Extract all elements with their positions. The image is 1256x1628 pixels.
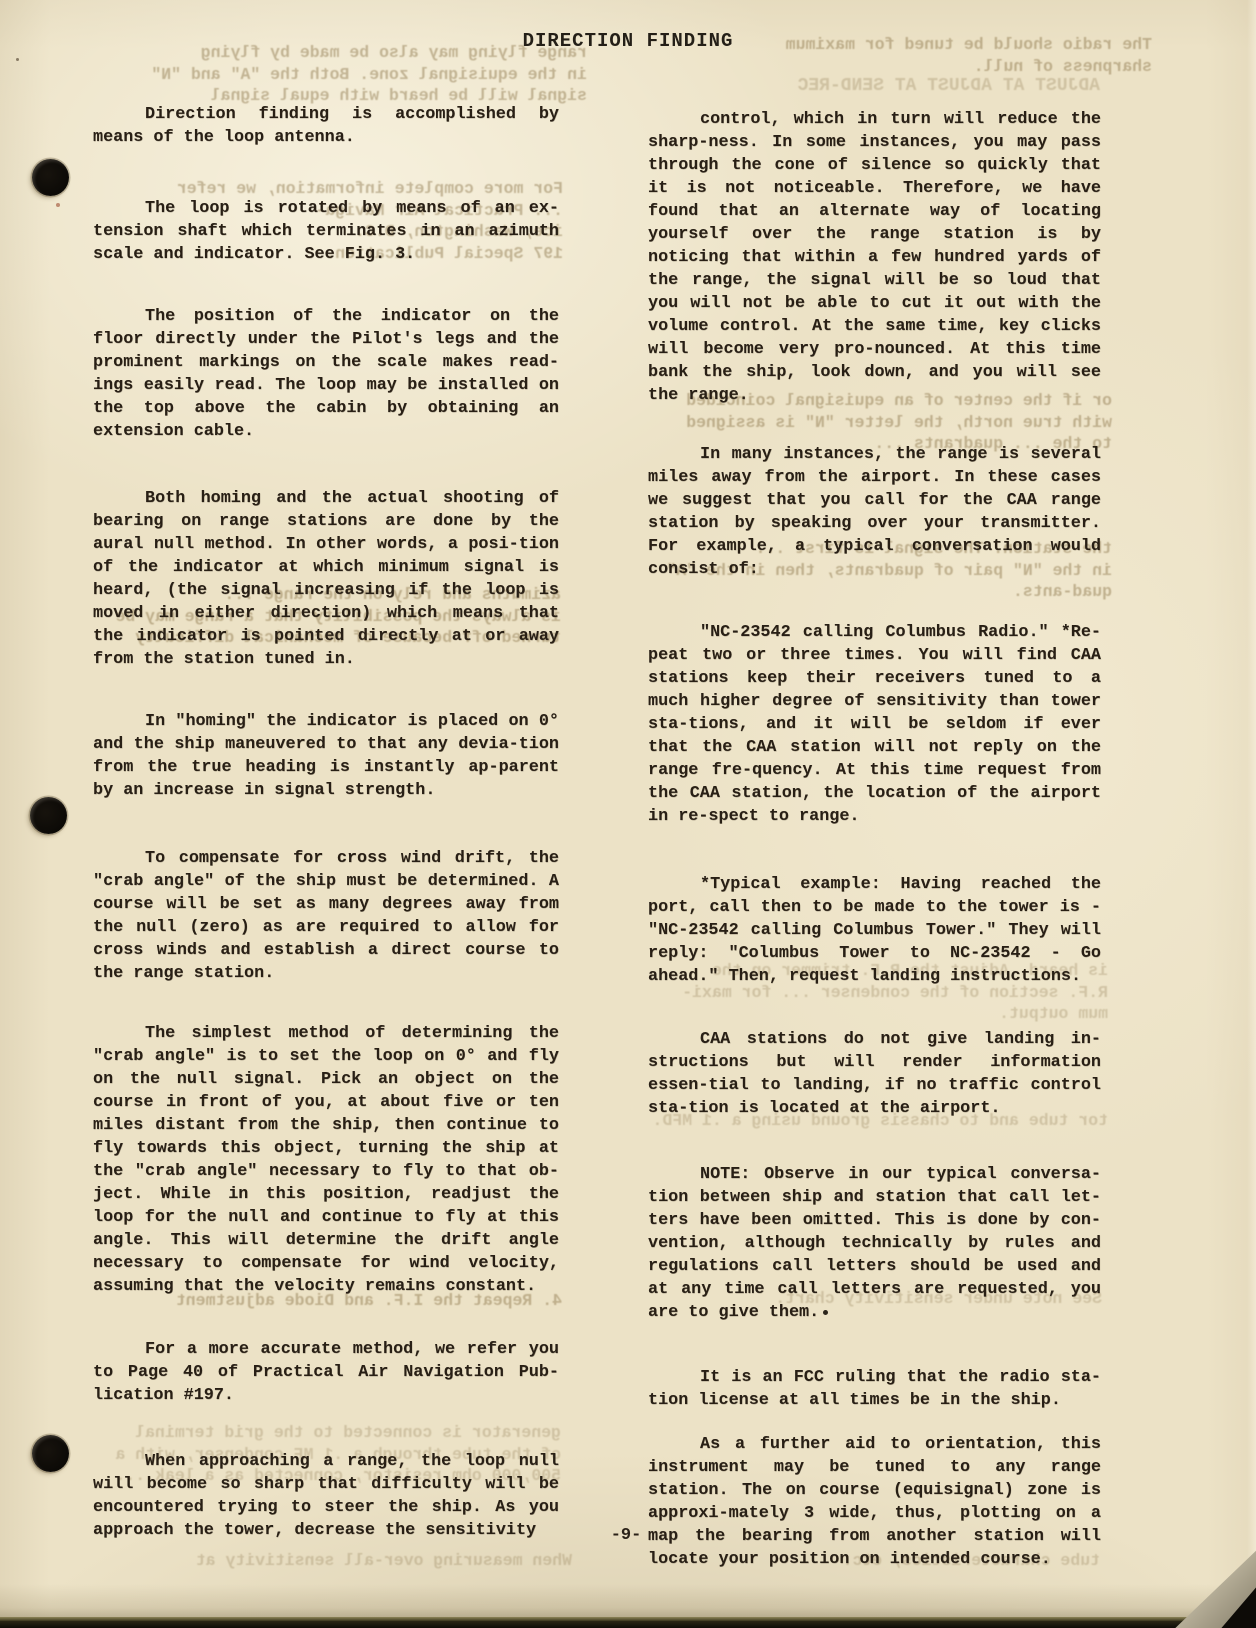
paragraph: In many instances, the range is several … (648, 443, 1101, 581)
paragraph: The simplest method of determining the "… (93, 1022, 559, 1298)
paragraph: NOTE: Observe in our typical conversa-ti… (648, 1163, 1101, 1324)
paragraph: As a further aid to orientation, this in… (648, 1433, 1101, 1571)
paragraph: For a more accurate method, we refer you… (93, 1338, 559, 1407)
paragraph: In "homing" the indicator is placed on 0… (93, 710, 559, 802)
paragraph: It is an FCC ruling that the radio sta-t… (648, 1366, 1101, 1412)
page-bottom-shadow (0, 1584, 1256, 1618)
paragraph: Both homing and the actual shooting of b… (93, 487, 559, 671)
paragraph: Direction finding is accomplished by mea… (93, 103, 559, 149)
right-column: control, which in turn will reduce the s… (648, 108, 1101, 1571)
paper-speck (16, 58, 19, 61)
paragraph: The position of the indicator on the flo… (93, 305, 559, 443)
scanned-document-page: range flying may also be made by flying … (0, 0, 1256, 1628)
punch-hole (30, 797, 67, 834)
page-corner (1160, 1536, 1256, 1628)
punch-hole (32, 159, 69, 196)
punch-hole (32, 1435, 69, 1472)
bleedthrough-text: When measuring over-all sensitivity at (150, 1550, 572, 1572)
paragraph: "NC-23542 calling Columbus Radio." *Re-p… (648, 621, 1101, 828)
paragraph: To compensate for cross wind drift, the … (93, 847, 559, 985)
paragraph: The loop is rotated by means of an ex-te… (93, 197, 559, 266)
ink-speck (823, 1310, 828, 1315)
left-column: Direction finding is accomplished by mea… (93, 103, 559, 1542)
bleedthrough-text: range flying may also be made by flying … (95, 42, 587, 107)
bleedthrough-text: The radio should be tuned for maximum sh… (700, 34, 1152, 77)
bleedthrough-text: ADJUST AT ADJUST AT SEND-REC (660, 76, 1100, 98)
paragraph: *Typical example: Having reached the por… (648, 873, 1101, 988)
page-right-edge-highlight (1247, 0, 1256, 1628)
paragraph: CAA stations do not give landing in-stru… (648, 1028, 1101, 1120)
paper-speck (56, 203, 60, 207)
paragraph: control, which in turn will reduce the s… (648, 108, 1101, 407)
paragraph: When approaching a range, the loop null … (93, 1450, 559, 1542)
scan-background-strip (0, 1621, 1256, 1628)
